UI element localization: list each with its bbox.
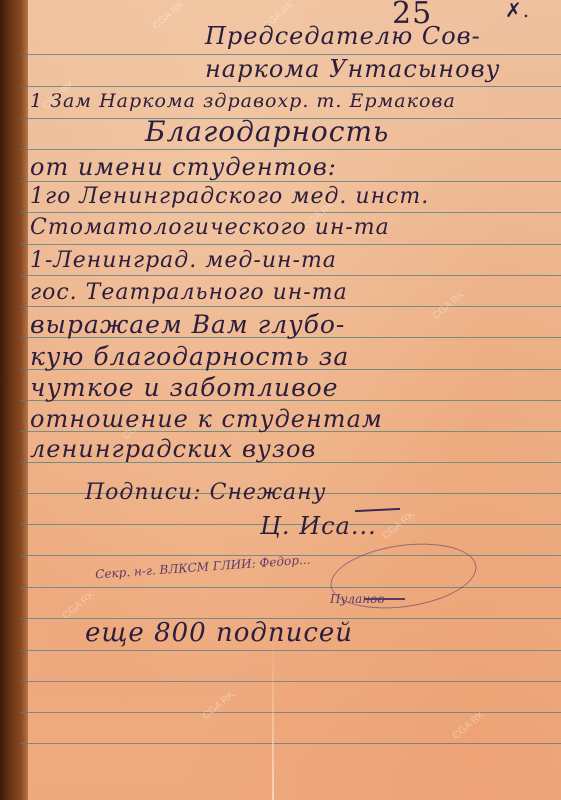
ruled-line — [20, 743, 561, 744]
body-line: 1го Ленинградского мед. инст. — [30, 184, 429, 209]
ruled-line — [20, 650, 561, 651]
body-line: Стоматологического ин-та — [30, 215, 390, 240]
ruled-line — [20, 275, 561, 276]
body-line: от имени студентов: — [30, 153, 337, 181]
body-line: 1-Ленинград. мед-ин-та — [30, 248, 337, 273]
ruled-line — [20, 681, 561, 682]
addressee-line-3: 1 Зам Наркома здравохр. т. Ермакова — [30, 90, 456, 112]
body-line: ленинградских вузов — [30, 435, 316, 463]
secretary-signature-line: Секр. н-г. ВЛКСМ ГЛИИ: Федор... — [95, 552, 311, 581]
ruled-line — [20, 86, 561, 87]
scanned-document-page: CGA RK CGA RK CGA RK CGA RK CGA RK CGA R… — [0, 0, 561, 800]
ruled-line — [20, 149, 561, 150]
signature-underline — [365, 598, 405, 600]
body-line: отношение к студентам — [30, 405, 383, 433]
signatures-label: Подписи: Снежану — [85, 480, 326, 505]
signature: Ц. Иса... — [260, 512, 377, 540]
watermark: CGA RK — [201, 689, 237, 722]
ruled-line — [20, 306, 561, 307]
body-line: гос. Театрального ин-та — [30, 280, 348, 305]
ruled-line — [20, 244, 561, 245]
watermark: CGA RK — [451, 709, 487, 742]
ruled-line — [20, 181, 561, 182]
ruled-line — [20, 212, 561, 213]
document-title: Благодарность — [145, 115, 389, 148]
body-line: чуткое и заботливое — [30, 373, 339, 402]
ruled-line — [20, 587, 561, 588]
watermark: CGA RK — [61, 589, 97, 622]
addressee-line-1: Председателю Сов- — [205, 22, 481, 50]
addressee-line-2: наркома Унтасынову — [205, 55, 500, 83]
watermark: CGA RK — [151, 0, 187, 32]
body-line: выражаем Вам глубо- — [30, 310, 345, 339]
ruled-line — [20, 712, 561, 713]
watermark: CGA RK — [381, 509, 417, 542]
body-line: кую благодарность за — [30, 342, 349, 371]
paper-fold-crease — [272, 640, 274, 800]
additional-signatures-note: еще 800 подписей — [85, 618, 353, 648]
corner-mark: ✗. — [505, 0, 530, 22]
